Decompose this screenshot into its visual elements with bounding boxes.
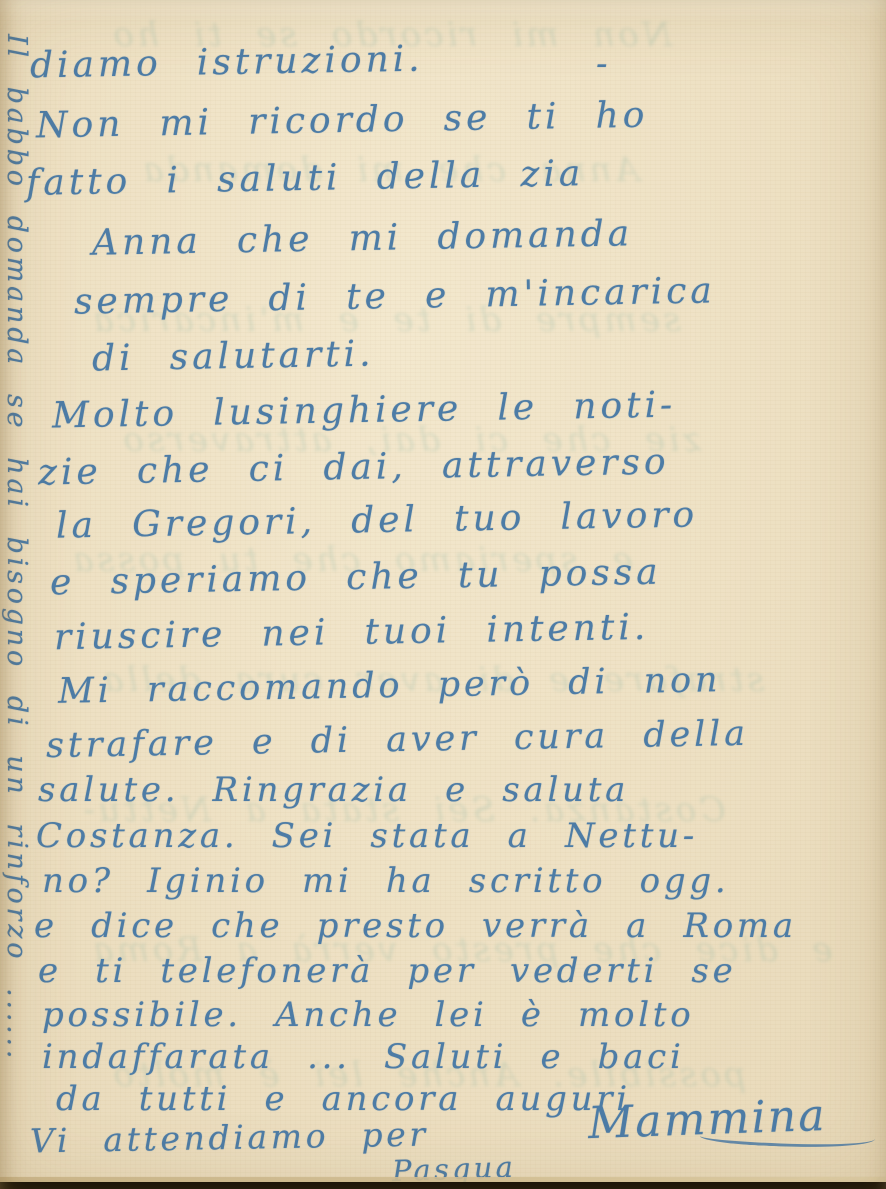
letter-line: indaffarata ... Saluti e baci (42, 1037, 685, 1077)
letter-line: Costanza. Sei stata a Nettu- (36, 816, 698, 856)
letter-line: Non mi ricordo se ti ho (36, 95, 649, 147)
scan-background-edge (0, 1182, 886, 1189)
letter-line: zie che ci dai, attraverso (38, 441, 670, 493)
closing-line: Vi attendiamo per (30, 1115, 429, 1161)
letter-line: fatto i saluti della zia (26, 153, 585, 204)
letter-line: di salutarti. (92, 334, 375, 380)
ink-dash-mark: - (596, 44, 611, 84)
letter-line: strafare e di aver cura della (46, 714, 750, 766)
letter-line: riuscire nei tuoi intenti. (54, 607, 650, 658)
letter-line: e speriamo che tu possa (50, 552, 662, 604)
letter-page: Non mi ricordo se ti hoAnna che mi doman… (0, 0, 886, 1189)
letter-line: la Gregori, del tuo lavoro (56, 494, 699, 546)
signature: Mammina (587, 1090, 827, 1149)
letter-line: Molto lusinghiere le noti- (52, 385, 677, 437)
letter-line: da tutti e ancora auguri (56, 1079, 631, 1119)
letter-line: no? Iginio mi ha scritto ogg. (42, 861, 729, 901)
letter-line: salute. Ringrazia e saluta (38, 770, 629, 810)
letter-line: diamo istruzioni. (30, 39, 424, 87)
letter-line: Anna che mi domanda (92, 213, 634, 263)
letter-line: e dice che presto verrà a Roma (34, 906, 797, 946)
margin-note: Il babbo domanda se hai bisogno di un ri… (1, 34, 32, 1184)
letter-line: sempre di te e m'incarica (74, 270, 716, 322)
letter-line: e ti telefonerà per vederti se (38, 951, 736, 991)
letter-line: possibile. Anche lei è molto (42, 995, 694, 1035)
letter-line: Mi raccomando però di non (58, 660, 722, 712)
